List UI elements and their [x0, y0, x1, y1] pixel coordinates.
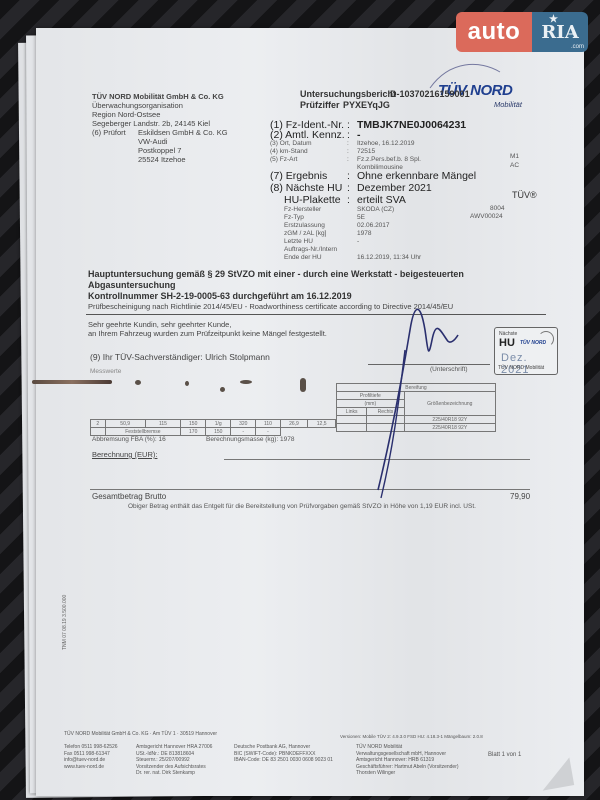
detail-value: 16.12.2019, 11:34 Uhr — [357, 254, 421, 261]
brake-cell: 110 — [256, 420, 280, 428]
brake-cell: 150 — [181, 420, 206, 428]
detail-label: Fz-Hersteller — [284, 206, 321, 213]
signature-label: (Unterschrift) — [430, 366, 468, 373]
brake-cell: - — [256, 428, 280, 436]
watermark-ria-text: RIA — [541, 22, 578, 43]
brake-table: 250,91151501/g32011026,912,5 Feststellbr… — [90, 419, 336, 436]
brake-cell: 2 — [91, 420, 106, 428]
detail-value: - — [357, 238, 359, 245]
control-number: Kontrollnummer SH-2-19-0005-63 durchgefü… — [88, 291, 352, 301]
tyre-profil-header: Profiltiefe — [337, 392, 405, 400]
total-label: Gesamtbetrag Brutto — [92, 492, 166, 501]
watermark-auto: auto — [456, 12, 532, 52]
detail-value: SKODA (CZ) — [357, 206, 394, 213]
detail-label: Erstzulassung — [284, 222, 325, 229]
tyre-mm: (mm) — [337, 400, 405, 408]
star-icon: ★ — [549, 14, 558, 25]
report-title-label: Untersuchungsbericht — [300, 89, 396, 99]
footer-versions: Versionen: Mobile TÜV 2: 4.9.3.0 FSD HU:… — [340, 734, 483, 739]
class-code: AC — [510, 162, 519, 169]
issuer-name: TÜV NORD Mobilität GmbH & Co. KG — [92, 92, 224, 101]
issuer-line: Segeberger Landstr. 2b, 24145 Kiel — [92, 119, 210, 128]
field-value: Itzehoe, 16.12.2019 — [357, 140, 414, 147]
field-colon: : — [347, 148, 349, 155]
prufort-line: Eskildsen GmbH & Co. KG — [138, 128, 228, 137]
heading-line2: Abgasuntersuchung — [88, 280, 176, 290]
detail-value: 02.06.2017 — [357, 222, 390, 229]
signature-line — [368, 364, 490, 365]
total-value: 79,90 — [510, 492, 530, 501]
hu-stamp: Nächste HU TÜV NORD Dez. 2021 TÜV NORD M… — [494, 327, 558, 375]
brake-cell: 1/g — [206, 420, 231, 428]
prufort-label: (6) Prüfort — [92, 128, 126, 137]
brake-cell: 115 — [145, 420, 180, 428]
field-label: (4) km-Stand — [270, 148, 308, 155]
tuv-nord-logo-sub: Mobilität — [494, 100, 522, 109]
brake-cell — [91, 428, 106, 436]
tuv-mark: TÜV® — [512, 190, 537, 200]
ink-spot — [135, 380, 141, 385]
brake-cell: 26,9 — [280, 420, 308, 428]
greeting-line2: an Ihrem Fahrzeug wurden zum Prüfzeitpun… — [88, 329, 327, 338]
field-colon: : — [347, 140, 349, 147]
divider — [86, 314, 546, 315]
stamp-footer: TÜV NORD Mobilität — [498, 365, 544, 371]
calc-label: Berechnung (EUR): — [92, 450, 157, 459]
tyre-left: Links — [337, 408, 367, 416]
tyre-table: Bereifung ProfiltiefeGrößenbezeichnung (… — [336, 383, 496, 432]
brake-cell: 50,9 — [105, 420, 145, 428]
tyre-right: Rechts — [367, 408, 404, 416]
result-colon: : — [347, 170, 350, 182]
footer-line: Thorsten Wilinger — [356, 770, 459, 777]
prufort-line: Postkoppel 7 — [138, 146, 181, 155]
stamp-date: Dez. 2021 — [501, 352, 557, 376]
brake-cell: 12,5 — [308, 420, 336, 428]
tyre-size: 225/40R18 92Y — [404, 416, 495, 424]
field-value: TMBJK7NE0J0064231 — [357, 119, 466, 131]
pruefziffer-value: PYXEYqJG — [343, 100, 390, 110]
footer-address: TÜV NORD Mobilität GmbH & Co. KG · Am TÜ… — [64, 731, 217, 737]
detail-label: Letzte HU — [284, 238, 313, 245]
field-colon: : — [347, 156, 349, 163]
pruefziffer-label: Prüfziffer — [300, 100, 340, 110]
folded-corner — [538, 757, 574, 790]
footer-management: TÜV NORD MobilitätVerwaltungsgesellschaf… — [356, 744, 459, 777]
footer-contact: Telefon 0511 998-62526Fax 0511 998-61347… — [64, 744, 118, 770]
field-value: 72515 — [357, 148, 375, 155]
plakette-label: HU-Plakette — [284, 194, 341, 206]
report-number: D-10370216159001 — [390, 89, 470, 99]
brake-cell: 150 — [206, 428, 231, 436]
expert-name: (9) Ihr TÜV-Sachverständiger: Ulrich Sto… — [90, 352, 270, 362]
detail-label: zGM / zAL [kg] — [284, 230, 326, 237]
heading-line1: Hauptuntersuchung gemäß § 29 StVZO mit e… — [88, 269, 464, 279]
brake-mass: Berechnungsmasse (kg): 1978 — [206, 436, 295, 443]
detail-label: Fz-Typ — [284, 214, 304, 221]
tyre-header: Bereifung — [337, 384, 496, 392]
footer-bank: Deutsche Postbank AG, HannoverBIC (SWIFT… — [234, 744, 333, 764]
plakette-colon: : — [347, 194, 350, 206]
field-value: Fz.z.Pers.bef.b. 8 Spl. — [357, 156, 421, 163]
issuer-line: Region Nord-Ostsee — [92, 110, 160, 119]
watermark-com: .com — [571, 44, 584, 50]
detail-value: 5E — [357, 214, 365, 221]
tyre-size-header: Größenbezeichnung — [404, 392, 495, 416]
watermark-ria: ★ RIA .com — [532, 12, 588, 52]
next-hu-value: Dezember 2021 — [357, 182, 432, 194]
brake-cell: 170 — [181, 428, 206, 436]
footer-line: IBAN-Code: DE 83 2501 0030 0608 9023 01 — [234, 757, 333, 764]
ink-spot — [185, 381, 189, 386]
field-label: (3) Ort, Datum — [270, 140, 312, 147]
ink-smudge — [32, 380, 112, 384]
ink-spot — [300, 378, 306, 392]
brake-cell: - — [231, 428, 256, 436]
stamp-hu: HU — [499, 337, 515, 349]
brake-cell: Feststellbremse — [105, 428, 181, 436]
result-label: (7) Ergebnis — [270, 170, 327, 182]
result-value: Ohne erkennbare Mängel — [357, 170, 476, 182]
total-line — [90, 489, 530, 490]
ink-spot — [220, 387, 225, 392]
form-code: TNM 07 08.19 3.500.000 — [62, 595, 68, 650]
next-hu-colon: : — [347, 182, 350, 194]
autoria-watermark: auto ★ RIA .com — [456, 12, 588, 52]
measurements-label: Messwerte — [90, 368, 121, 375]
tyre-size: 225/40R18 92Y — [404, 424, 495, 432]
field-label: (5) Fz-Art — [270, 156, 297, 163]
plakette-value: erteilt SVA — [357, 194, 406, 206]
footer-line: Amtsgericht Hannover HRA 27006 — [136, 744, 212, 751]
brake-cell: 320 — [231, 420, 256, 428]
detail-label: Ende der HU — [284, 254, 322, 261]
brake-ratio: Abbremsung FBA (%): 16 — [92, 436, 166, 443]
footer-line: Telefon 0511 998-62526 — [64, 744, 118, 751]
detail-value: 1978 — [357, 230, 371, 237]
next-hu-label: (8) Nächste HU — [270, 182, 342, 194]
calc-line — [224, 459, 530, 460]
prufort-line: VW-Audi — [138, 137, 167, 146]
class-code: M1 — [510, 153, 519, 160]
issuer-line: Überwachungsorganisation — [92, 101, 183, 110]
greeting-line1: Sehr geehrte Kundin, sehr geehrter Kunde… — [88, 320, 231, 329]
detail-label: Auftrags-Nr./Intern — [284, 246, 337, 253]
certificate-note: Prüfbescheinigung nach Richtlinie 2014/4… — [88, 302, 453, 311]
ink-spot — [240, 380, 252, 384]
detail-code: AWV00024 — [470, 213, 503, 220]
page-number: Blatt 1 von 1 — [488, 752, 521, 758]
footer-line: www.tuev-nord.de — [64, 764, 118, 771]
footer-registry: Amtsgericht Hannover HRA 27006USt.-IdNr.… — [136, 744, 212, 777]
total-note: Obiger Betrag enthält das Entgelt für di… — [128, 503, 476, 510]
stamp-brand: TÜV NORD — [520, 340, 546, 346]
footer-line: Dr. rer. nat. Dirk Stenkamp — [136, 770, 212, 777]
prufort-line: 25524 Itzehoe — [138, 155, 186, 164]
detail-code: 8004 — [490, 205, 504, 212]
